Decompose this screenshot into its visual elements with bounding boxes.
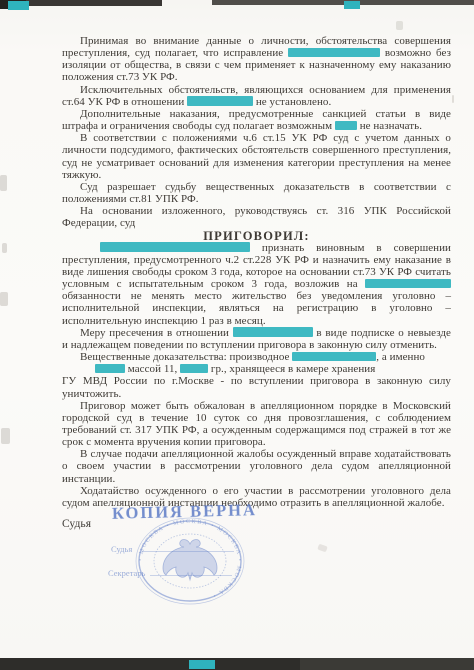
- scan-smudge: [2, 243, 7, 253]
- spacer: [62, 371, 95, 372]
- scan-smudge: [1, 428, 10, 444]
- round-seal: • МОСКВА • МОСКВА • МОСКВА • МОСКВА •: [133, 514, 247, 608]
- spacer: [62, 250, 100, 251]
- scan-smudge: [396, 21, 403, 30]
- double-headed-eagle-icon: [163, 540, 217, 580]
- redaction-box: [335, 121, 357, 131]
- scan-smudge: [0, 292, 8, 306]
- redaction-box: [100, 242, 250, 252]
- paragraph: Меру пресечения в отношении в виде подпи…: [62, 327, 451, 351]
- paragraph: На основании изложенного, руководствуясь…: [62, 205, 451, 229]
- redaction-mark-top-left: [8, 1, 29, 10]
- paragraph: Исключительных обстоятельств, являющихся…: [62, 84, 451, 108]
- redaction-box: [292, 352, 376, 362]
- redaction-box: [365, 279, 451, 289]
- line: Вещественные доказательства: производное…: [62, 351, 451, 363]
- document-body: Принимая во внимание данные о личности, …: [62, 35, 451, 530]
- scan-border-bottom-light: [300, 658, 474, 670]
- stamp-judge-label: Судья: [111, 544, 132, 554]
- paragraph: Суд разрешает судьбу вещественных доказа…: [62, 181, 451, 205]
- redaction-mark-top-middle: [344, 1, 360, 9]
- paragraph: Принимая во внимание данные о личности, …: [62, 35, 451, 84]
- scan-smudge: [0, 175, 7, 191]
- verdict-heading: ПРИГОВОРИЛ:: [62, 230, 451, 242]
- scan-smudge: [317, 544, 328, 553]
- scan-border-top-right: [212, 0, 474, 5]
- line: массой 11, гр., хранящееся в камере хран…: [62, 363, 451, 375]
- line: уничтожить.: [62, 388, 451, 400]
- line: ГУ МВД России по г.Москве - по вступлени…: [62, 375, 451, 387]
- paragraph: Дополнительные наказания, предусмотренны…: [62, 108, 451, 132]
- redaction-box: [180, 364, 208, 374]
- paragraph: В соответствии с положениями ч.6 ст.15 У…: [62, 132, 451, 181]
- paragraph: Вещественные доказательства: производное…: [62, 351, 451, 400]
- redaction-box: [288, 48, 380, 58]
- scan-smudge: [452, 95, 454, 103]
- redaction-box: [233, 327, 313, 337]
- redaction-box: [187, 96, 253, 106]
- paragraph: Приговор может быть обжалован в апелляци…: [62, 400, 451, 449]
- paragraph: признать виновным в совершении преступле…: [62, 242, 451, 327]
- redaction-mark-bottom: [189, 660, 215, 669]
- redaction-box: [95, 364, 125, 374]
- document-page: Принимая во внимание данные о личности, …: [0, 0, 474, 670]
- paragraph: В случае подачи апелляционной жалобы осу…: [62, 448, 451, 484]
